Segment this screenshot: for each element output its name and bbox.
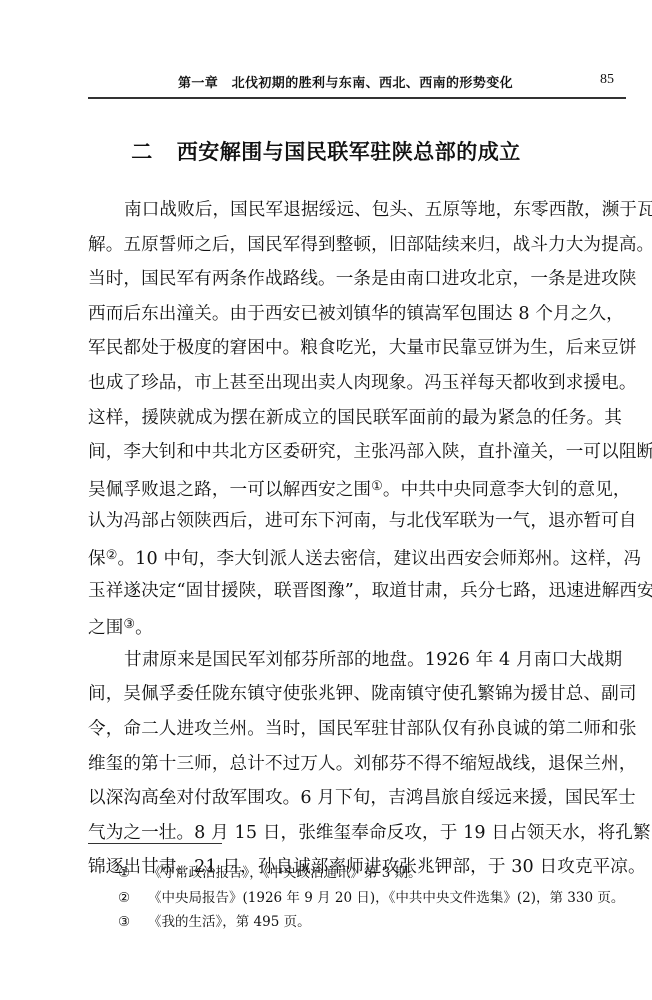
line-text: 间，吴佩孚委任陇东镇守使张兆钾、陇南镇守使孔繁锦为援甘总、副司 [88,684,637,704]
footnote-ref-2[interactable]: ② [106,548,118,563]
paragraph-line: 气为之一壮。8 月 15 日，张维玺奉命反攻，于 19 日占领天水，将孔繁 [88,816,622,851]
line-text: 西而后东出潼关。由于西安已被刘镇华的镇嵩军包围达 8 个月之久， [88,304,624,324]
line-text: 解。五原誓师之后，国民军得到整顿，旧部陆续来归，战斗力大为提高。 [88,235,652,255]
line-text: 南口战败后，国民军退据绥远、包头、五原等地，东零西散，濒于瓦 [124,200,652,220]
line-text: 甘肃原来是国民军刘郁芬所部的地盘。1926 年 4 月南口大战期 [124,650,622,670]
line-text: 令，命二人进攻兰州。当时，国民军驻甘部队仅有孙良诚的第二师和张 [88,719,637,739]
paragraph-line: 间，吴佩孚委任陇东镇守使张兆钾、陇南镇守使孔繁锦为援甘总、副司 [88,677,622,712]
section-heading: 西安解围与国民联军驻陕总部的成立 [177,140,521,164]
line-text: 这样，援陕就成为摆在新成立的国民联军面前的最为紧急的任务。其 [88,408,622,428]
header-rule [88,97,626,99]
body-text: 南口战败后，国民军退据绥远、包头、五原等地，东零西散，濒于瓦 解。五原誓师之后，… [88,193,622,885]
footnote-text: 《我的生活》，第 495 页。 [148,914,311,930]
line-text: 气为之一壮。8 月 15 日，张维玺奉命反攻，于 19 日占领天水，将孔繁 [88,823,651,843]
footnote-text: 《中央局报告》(1926 年 9 月 20 日)，《中共中央文件选集》(2)，第… [148,890,624,906]
paragraph-line: 这样，援陕就成为摆在新成立的国民联军面前的最为紧急的任务。其 [88,401,622,436]
paragraph-line: 玉祥遂决定“固甘援陕，联晋图豫”，取道甘肃，兵分七路，迅速进解西安 [88,574,622,609]
line-text: 也成了珍品，市上甚至出现出卖人肉现象。冯玉祥每天都收到求援电。 [88,373,637,393]
line-text: 间，李大钊和中共北方区委研究，主张冯部入陕，直扑潼关，一可以阻断 [88,442,652,462]
footnote-mark: ① [118,861,148,886]
paragraph-line: 维玺的第十三师，总计不过万人。刘郁芬不得不缩短战线，退保兰州， [88,747,622,782]
paragraph-line: 保②。10 中旬，李大钊派人送去密信，建议出西安会师郑州。这样，冯 [88,539,622,574]
footnote-2: ②《中央局报告》(1926 年 9 月 20 日)，《中共中央文件选集》(2)，… [118,886,628,911]
line-text: 以深沟高垒对付敌军围攻。6 月下旬，吉鸿昌旅自绥远来援，国民军士 [88,788,636,808]
footnote-mark: ② [118,886,148,911]
running-title: 第一章 北伐初期的胜利与东南、西北、西南的形势变化 [178,72,513,91]
footnote-1: ①《守常政治报告》，《中央政治通讯》第 3 期。 [118,861,628,886]
footnote-rule [88,843,222,844]
paragraph-line: 也成了珍品，市上甚至出现出卖人肉现象。冯玉祥每天都收到求援电。 [88,366,622,401]
paragraph-line: 解。五原誓师之后，国民军得到整顿，旧部陆续来归，战斗力大为提高。 [88,228,622,263]
footnote-text: 《守常政治报告》，《中央政治通讯》第 3 期。 [148,865,422,881]
section-title: 二西安解围与国民联军驻陕总部的成立 [0,136,652,166]
line-text: 之围 [88,618,123,638]
line-text: 。10 中旬，李大钊派人送去密信，建议出西安会师郑州。这样，冯 [117,549,641,569]
line-text: 吴佩孚败退之路，一可以解西安之围 [88,480,371,500]
line-text: 维玺的第十三师，总计不过万人。刘郁芬不得不缩短战线，退保兰州， [88,754,637,774]
line-text: 。 [135,618,153,638]
line-text: 。中共中央同意李大钊的意见， [383,480,631,500]
footnote-mark: ③ [118,910,148,935]
paragraph-line: 认为冯部占领陕西后，进可东下河南，与北伐军联为一气，退亦暂可自 [88,504,622,539]
paragraph-line: 南口战败后，国民军退据绥远、包头、五原等地，东零西散，濒于瓦 [88,193,622,228]
line-text: 军民都处于极度的窘困中。粮食吃光，大量市民靠豆饼为生，后来豆饼 [88,338,637,358]
footnote-ref-1[interactable]: ① [371,479,383,494]
paragraph-line: 军民都处于极度的窘困中。粮食吃光，大量市民靠豆饼为生，后来豆饼 [88,331,622,366]
paragraph-line: 间，李大钊和中共北方区委研究，主张冯部入陕，直扑潼关，一可以阻断 [88,435,622,470]
page-number: 85 [600,72,614,88]
line-text: 保 [88,549,106,569]
line-text: 认为冯部占领陕西后，进可东下河南，与北伐军联为一气，退亦暂可自 [88,511,637,531]
section-number: 二 [131,140,153,164]
page-header: 第一章 北伐初期的胜利与东南、西北、西南的形势变化 85 [88,70,626,96]
paragraph-line: 令，命二人进攻兰州。当时，国民军驻甘部队仅有孙良诚的第二师和张 [88,712,622,747]
paragraph-line: 吴佩孚败退之路，一可以解西安之围①。中共中央同意李大钊的意见， [88,470,622,505]
paragraph-line: 之围③。 [88,608,622,643]
line-text: 当时，国民军有两条作战路线。一条是由南口进攻北京，一条是进攻陕 [88,269,637,289]
paragraph-line: 甘肃原来是国民军刘郁芬所部的地盘。1926 年 4 月南口大战期 [88,643,622,678]
footnote-3: ③《我的生活》，第 495 页。 [118,910,628,935]
paragraph-line: 以深沟高垒对付敌军围攻。6 月下旬，吉鸿昌旅自绥远来援，国民军士 [88,781,622,816]
footnote-ref-3[interactable]: ③ [123,617,135,632]
paragraph-line: 当时，国民军有两条作战路线。一条是由南口进攻北京，一条是进攻陕 [88,262,622,297]
footnotes: ①《守常政治报告》，《中央政治通讯》第 3 期。 ②《中央局报告》(1926 年… [118,861,628,935]
paragraph-line: 西而后东出潼关。由于西安已被刘镇华的镇嵩军包围达 8 个月之久， [88,297,622,332]
line-text: 玉祥遂决定“固甘援陕，联晋图豫”，取道甘肃，兵分七路，迅速进解西安 [88,581,652,601]
